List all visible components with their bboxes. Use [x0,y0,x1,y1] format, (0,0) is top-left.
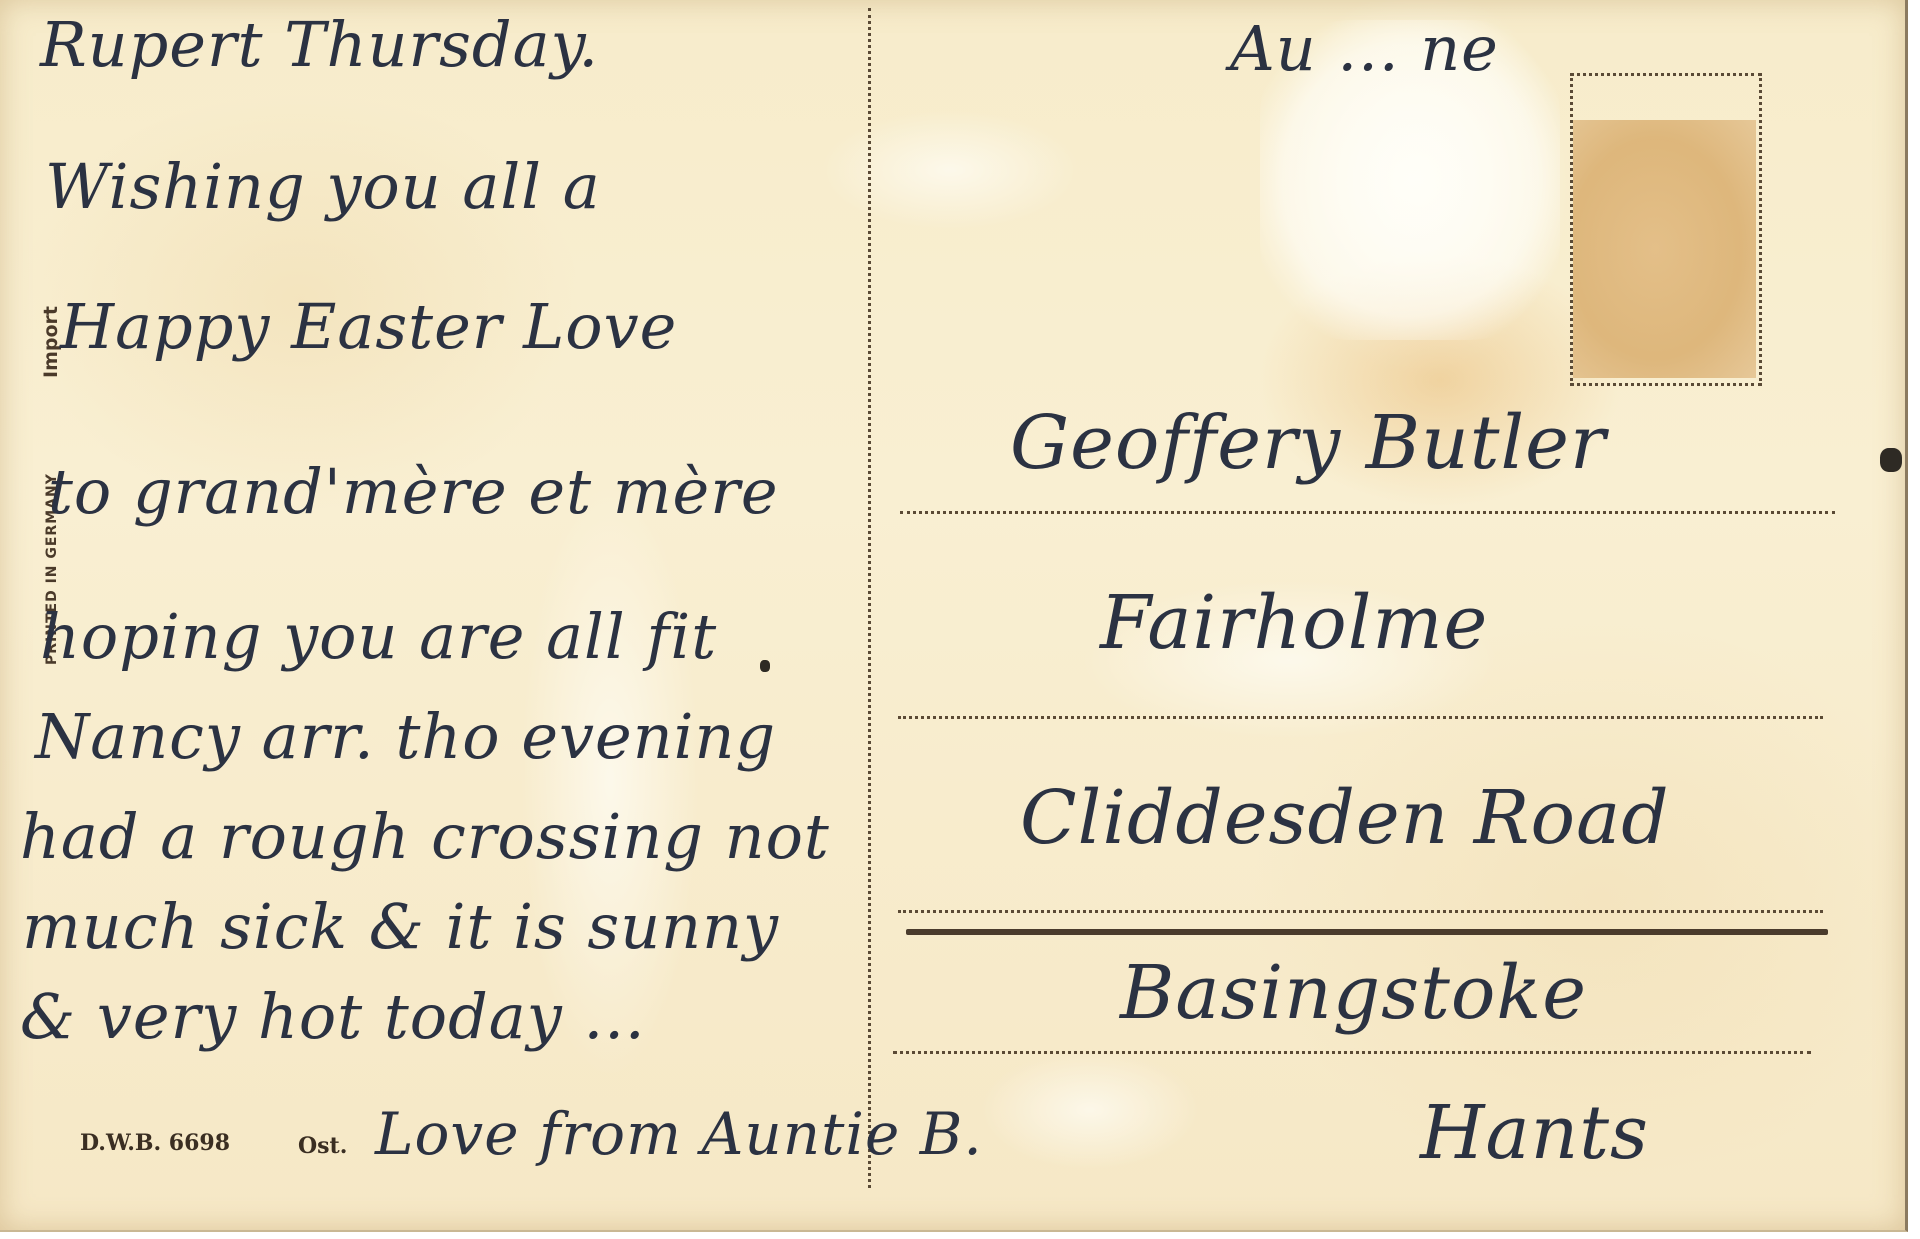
address-solid-rule [906,929,1828,935]
ink-spot [1880,448,1902,472]
series-label: Ost. [298,1133,347,1159]
message-line-6: Nancy arr. tho evening [35,700,776,773]
address-salutation: Au ... ne [1230,12,1499,85]
recipient-house: Fairholme [1100,580,1488,666]
import-label: Import [40,306,62,378]
postcard: Import PRINTED IN GERMANY Rupert Thursda… [0,0,1908,1232]
address-line-2 [898,716,1823,719]
address-line-3 [898,910,1823,913]
message-line-7: had a rough crossing not [20,800,830,873]
signature: Love from Auntie B. [375,1100,983,1168]
recipient-county: Hants [1420,1090,1649,1176]
embossed-chick-decoration [980,1050,1200,1170]
recipient-name: Geoffery Butler [1010,400,1606,486]
publisher-code: D.W.B. 6698 [80,1130,230,1156]
message-line-2: Wishing you all a [45,150,601,223]
embossed-flower-decoration [820,110,1080,230]
address-line-1 [900,511,1835,514]
recipient-street: Cliddesden Road [1020,775,1670,861]
message-line-3: Happy Easter Love [60,290,677,363]
address-line-4 [893,1051,1811,1054]
stamp-box [1570,73,1762,386]
message-line-1: Rupert Thursday. [40,8,599,81]
recipient-town: Basingstoke [1120,950,1587,1036]
message-line-8: much sick & it is sunny [22,890,779,963]
ink-spot [760,660,770,672]
message-line-9: & very hot today ... [20,980,646,1053]
message-line-5: hoping you are all fit [40,600,717,673]
message-line-4: to grand'mère et mère [48,455,779,528]
center-divider-line [868,8,871,1188]
